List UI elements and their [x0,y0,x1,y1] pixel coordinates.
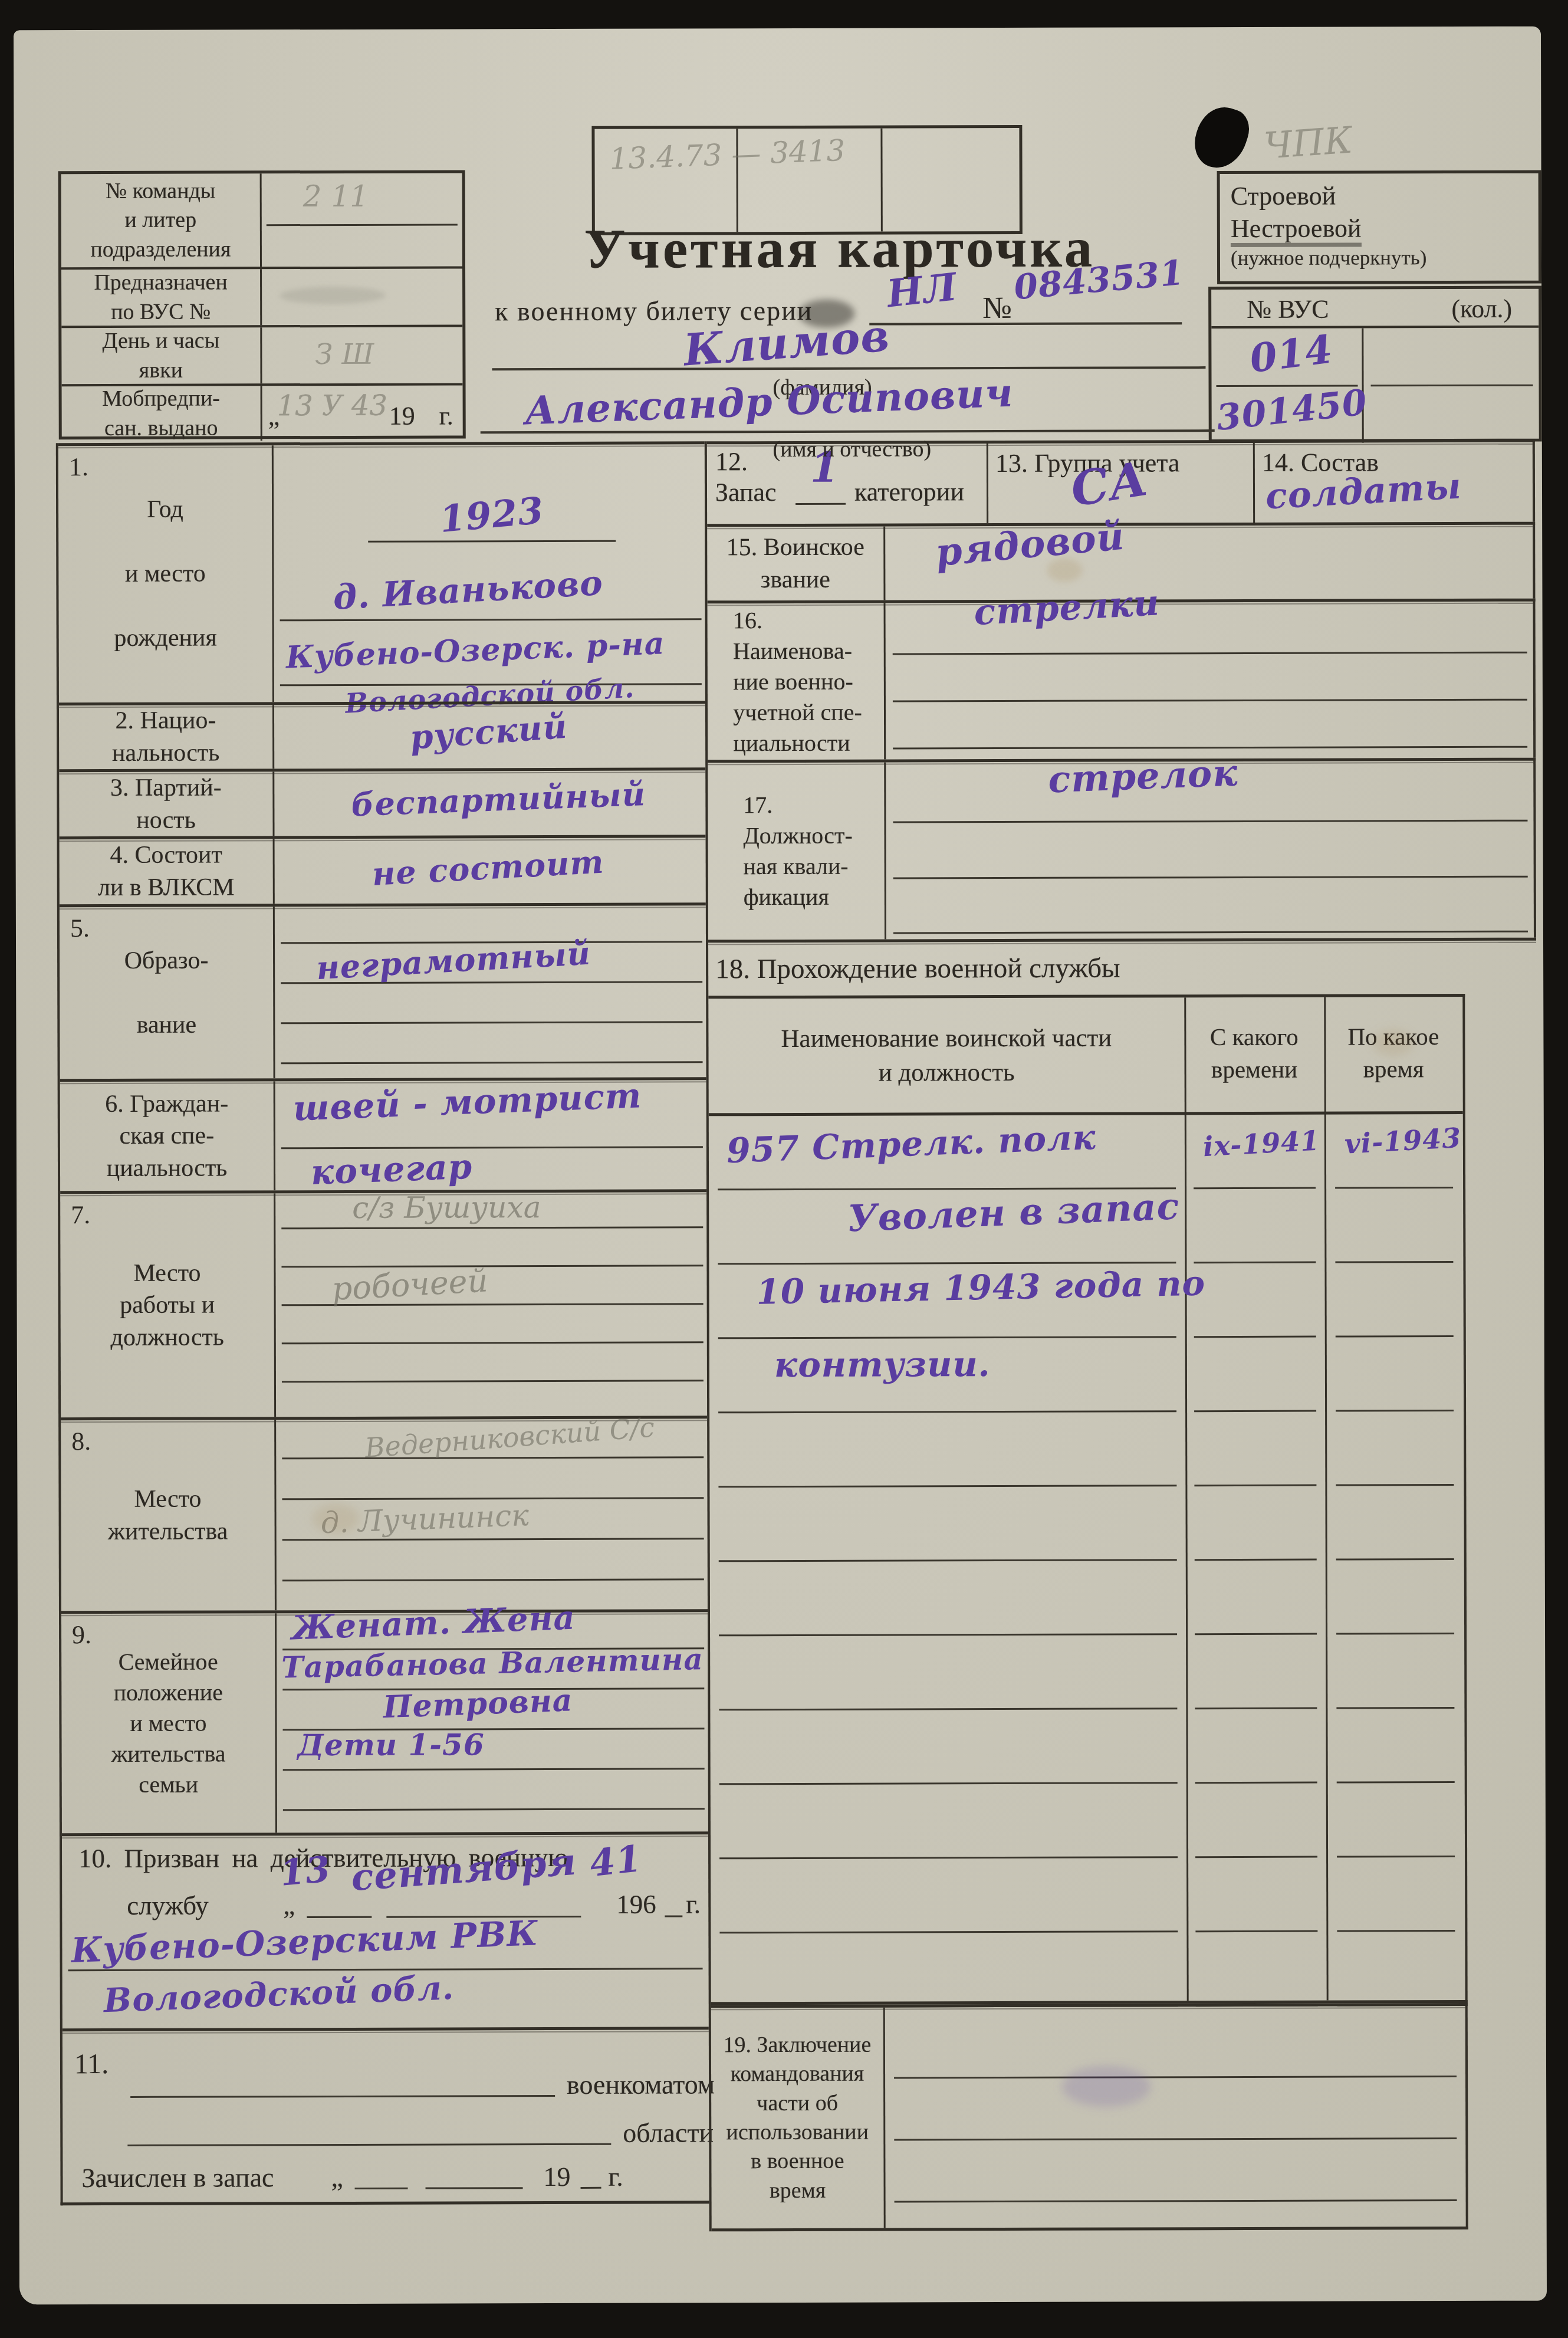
table-row [711,1857,1465,1933]
field-service-record-title: 18. Прохождение военной службы [708,938,1536,996]
ruled-line [282,1578,704,1581]
ruled-line [893,931,1528,934]
ruled-line [281,1146,703,1149]
ruled-line [492,366,1205,370]
quote-mark: „ [331,2162,343,2193]
field-command-conclusion: 19. Заключение командования части об исп… [711,2003,1468,2231]
field-label: Год и место рождения [114,494,217,655]
combatant-option: Строевой [1231,179,1528,212]
discharge-note-3: контузии. [774,1344,991,1385]
birth-year-hw: 1923 [367,482,617,547]
ruled-line [665,1915,682,1917]
from-date-hw: ix-1941 [1202,1124,1321,1163]
field-number: 11. [74,2048,109,2080]
vus-purpose-label: Предназначен по ВУС № [61,269,262,326]
team-number-label: № команды и литер подразделения [61,173,262,267]
ruled-line [355,2188,408,2189]
reserve-word: Запас [715,477,777,507]
field-conscription: 10. Призван на действительную военную сл… [62,1831,709,2028]
field-number: 9. [72,1620,91,1650]
field-civil-specialty: 6. Граждан- ская спе- циальность швей - … [60,1077,706,1191]
ruled-line [130,2095,555,2098]
team-number-pencil: 2 11 [303,179,369,214]
report-time-pencil: З Ш [315,338,374,371]
ruled-line [895,2199,1457,2202]
residence-pencil-2: д. Лучининск [320,1498,530,1540]
nationality-hw: русский [409,707,568,757]
year-print: 19 [543,2161,570,2192]
year-print: 196 [616,1889,656,1920]
conscription-region-hw: Вологодской обл. [103,1968,455,2020]
field-label: Место жительства [108,1483,228,1548]
birth-village-hw: д. Иваньково [332,563,604,618]
quote-mark: „ [283,1890,295,1920]
ruled-line [283,1808,705,1811]
service-record-title: 18. Прохождение военной службы [715,952,1120,985]
field-number: 1. [69,452,88,482]
ruled-line [426,2187,523,2189]
field-workplace: 7. Место работы и должность с/з Бушуиха … [60,1189,707,1417]
position-pencil: робочеей [331,1262,489,1307]
qualification-hw: стрелок [1047,751,1238,801]
ruled-line [307,1916,372,1918]
table-row: контузии. [709,1337,1464,1413]
ink-smudge [1062,2066,1150,2107]
table-row: Уволен в запас [709,1188,1463,1265]
table-col-from: С какого времени [1184,1021,1324,1086]
service-record-table: Наименование воинской части и должность … [708,994,1467,2005]
field-label: 4. Состоит ли в ВЛКСМ [98,839,235,904]
ruled-line [282,1456,704,1459]
table-row: 10 июня 1943 года по [709,1263,1463,1339]
non-combatant-option: Нестроевой [1231,214,1362,247]
scanned-document-page: № команды и литер подразделения 2 11 Пре… [0,0,1568,2338]
year-suffix: г. [686,1889,701,1919]
surname-handwritten: Климов [682,310,892,376]
discharge-note-1: Уволен в запас [847,1184,1180,1240]
table-row [710,1709,1464,1785]
paper-tear [1188,101,1254,175]
corner-pencil-note: ЧПК [1263,118,1354,168]
category-word: категории [854,477,964,507]
mob-order-label: Мобпредпи- сан. выдано [62,386,262,441]
ruled-line [581,2187,601,2189]
field-composition: 14. Состав солдаты [1255,442,1533,523]
ruled-line [281,1226,703,1229]
ruled-line [281,1061,703,1064]
field-nationality: 2. Нацио- нальность русский [59,701,705,769]
series-handwritten: НЛ [885,265,959,316]
table-row [710,1634,1464,1710]
birth-district-hw: Кубено-Озерск. р-на [285,625,666,675]
field-label: 3. Партий- ность [110,771,222,836]
ruled-line [893,820,1527,823]
year-suffix: г. [439,400,453,431]
workplace-pencil: с/з Бушуиха [352,1190,541,1225]
ruled-line [281,1021,702,1024]
left-column: 1. Год и место рождения 1923 д. Иваньков… [56,441,709,2205]
ruled-line [893,876,1528,879]
ruled-line [282,1341,704,1344]
ruled-line [1371,385,1533,387]
name-caption: (имя и отчество) [675,436,1029,463]
field-military-specialty: 16. Наименова- ние военно- учетной спе- … [707,599,1536,760]
residence-pencil-1: Ведерниковский С/с [364,1411,656,1463]
field-number: 8. [71,1426,91,1456]
ruled-line [281,1265,703,1267]
vus-value-1: 014 [1247,326,1335,382]
field-family: 9. Семейное положение и место жительства… [61,1609,708,1833]
civil-specialty-hw-2: кочегар [310,1147,473,1193]
name-block: Александр Осипович (имя и отчество) [480,375,1258,465]
underline-instruction: (нужное подчеркнуть) [1231,244,1528,272]
table-row [709,1486,1464,1562]
field-label: Место работы и должность [110,1257,224,1354]
ruled-line [893,652,1527,655]
field-label: 19. Заключение командования части об исп… [723,2030,872,2205]
conscription-word: службу [127,1890,209,1921]
field-education: 5. Образо- вание неграмотный [60,902,706,1079]
field-birth: 1. Год и место рождения 1923 д. Иваньков… [58,441,705,702]
field-komsomol: 4. Состоит ли в ВЛКСМ не состоит [60,835,706,904]
commissariat-word: военкоматом [567,2068,715,2100]
field-residence: 8. Место жительства Ведерниковский С/с д… [61,1416,708,1611]
field-number: 7. [71,1200,90,1230]
pencil-smudge [280,287,386,304]
mob-order-pencil: 13 У 43 [277,389,388,422]
table-row [711,1783,1465,1859]
field-party: 3. Партий- ность беспартийный [59,767,705,836]
table-col-unit: Наименование воинской части и должность [708,1021,1184,1091]
ruled-line [267,224,458,226]
conscription-day-hw: 13 [278,1848,332,1894]
discharge-note-2: 10 июня 1943 года по [756,1263,1206,1312]
ruled-line [282,1380,704,1383]
table-row [709,1411,1464,1487]
name-handwritten: Александр Осипович [524,370,1014,434]
field-label: Семейное положение и место жительства се… [111,1646,226,1800]
field-label: 2. Нацио- нальность [112,705,220,770]
right-column: 12. Запас категории 1 13. Группа учета С… [705,439,1540,2232]
unit-hw: 957 Стрелк. полк [726,1117,1097,1171]
year-suffix: г. [608,2161,623,2192]
field-qualification: 17. Должност- ная квали- фикация стрелок [708,758,1536,940]
field-commissariat: 11. военкоматом области Зачислен в запас… [63,2027,709,2202]
ruled-line [280,618,702,621]
year-print: 19 [389,401,415,431]
field-label: 6. Граждан- ская спе- циальность [105,1088,228,1184]
reserve-enrolled-label: Зачислен в запас [81,2162,274,2193]
table-row [710,1560,1464,1636]
registration-card: № команды и литер подразделения 2 11 Пре… [14,27,1547,2305]
civil-specialty-hw-1: швей - мотрист [292,1075,643,1128]
family-hw-3: Петровна [382,1682,573,1725]
ruled-line [795,503,846,505]
vus-code-header: (кол.) [1451,294,1512,324]
family-hw-4: Дети 1-56 [297,1727,484,1762]
field-label: 17. Должност- ная квали- фикация [739,790,853,913]
mobilization-box: № команды и литер подразделения 2 11 Пре… [58,170,466,439]
field-number: 5. [70,913,90,943]
combat-status-box: Строевой Нестроевой (нужное подчеркнуть) [1217,170,1542,284]
to-date-hw: vi-1943 [1344,1122,1462,1160]
field-label: 16. Наименова- ние военно- учетной спе- … [729,605,862,758]
report-time-label: День и часы явки [61,327,262,384]
vus-header: № ВУС [1247,294,1329,324]
ruled-line [894,2076,1457,2078]
ruled-line [894,2137,1457,2140]
field-label: Образо- вание [124,944,209,1041]
conscription-rvk-hw: Кубено-Озерским РВК [70,1913,539,1971]
ruled-line [127,2143,611,2146]
table-row: 957 Стрелк. полк ix-1941 vi-1943 [709,1114,1463,1190]
party-hw: беспартийный [350,775,646,824]
table-col-to: По какое время [1324,1020,1462,1086]
field-label: 15. Воинское звание [727,531,864,596]
region-word: области [623,2117,714,2148]
ruled-line [893,699,1527,702]
komsomol-hw: не состоит [371,843,605,894]
ruled-line [283,1768,705,1771]
table-row [711,1932,1465,2008]
rank-hw: рядовой [934,514,1127,576]
date-pencil-note: 13.4.73 — 3413 [609,133,846,176]
conscription-year-hw: 41 [587,1837,644,1885]
ruled-line [893,746,1527,750]
